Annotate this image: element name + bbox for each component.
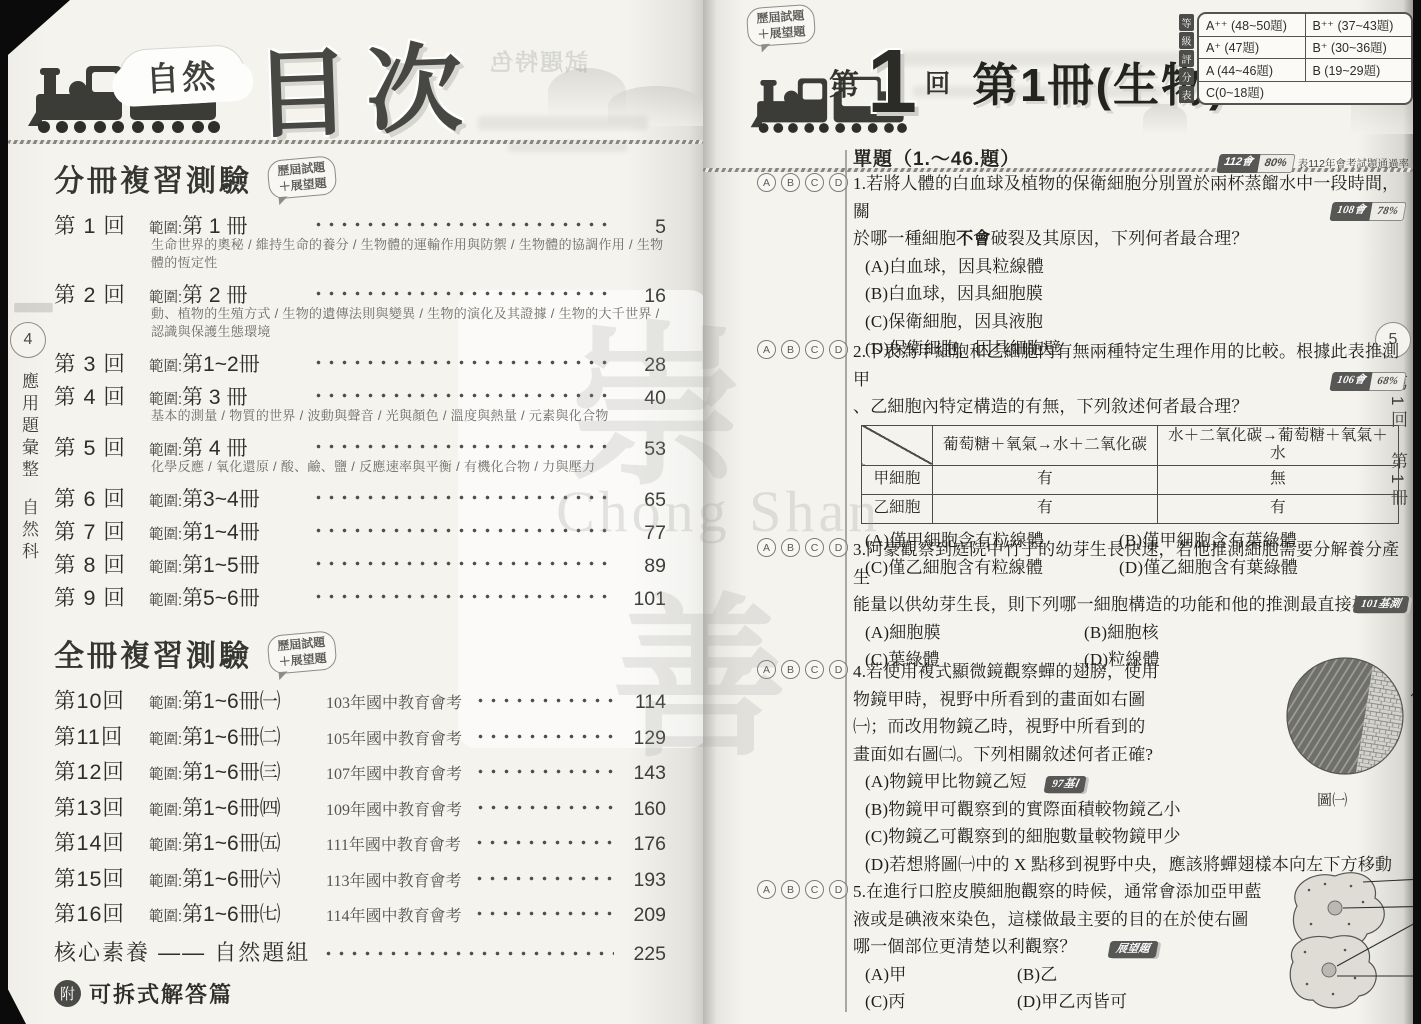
section-volume-review: 分冊複習測驗 歷屆試題 ＋展望題 xyxy=(54,156,666,200)
grade-score-table: 等 級 評 分 表 A⁺⁺ (48~50題)B⁺⁺ (37~43題) A⁺ (4… xyxy=(1179,12,1413,105)
question-1: 1.若將人體的白血球及植物的保衛細胞分別置於兩杯蒸餾水中一段時間，關 於哪一種細… xyxy=(853,170,1409,363)
figure1-caption: 圖㈠ xyxy=(1317,788,1347,816)
toc-round: 第13回 xyxy=(54,791,149,822)
toc-exam-year: 109年國中教育會考 xyxy=(326,797,462,820)
source-badge-q2: 106會68% xyxy=(1329,372,1406,391)
toc-round: 第 6 回 xyxy=(54,482,149,513)
dot-leader xyxy=(470,693,614,709)
toc-page-number: 160 xyxy=(622,798,666,821)
toc-scope-label: 範圍: xyxy=(149,905,182,926)
toc-exam-year: 103年國中教育會考 xyxy=(326,690,462,713)
header-badge: 歷屆試題 ＋展望題 xyxy=(746,4,817,48)
option-a: (A)細胞膜 xyxy=(865,619,1080,647)
toc-round: 第 8 回 xyxy=(54,548,149,579)
dot-leader xyxy=(469,870,614,886)
subject-cloud: 自然 xyxy=(119,45,246,105)
toc-round: 第14回 xyxy=(54,826,149,857)
bleedthrough-text: 試題特色 xyxy=(488,44,588,77)
section-full-review: 全冊複習測驗 歷屆試題 ＋展望題 xyxy=(54,631,666,675)
toc-row: 第 8 回 範圍: 第1~5冊 89 xyxy=(54,547,666,580)
dot-leader xyxy=(470,799,614,815)
scan-edge-right xyxy=(1413,0,1421,1024)
toc-page-number: 225 xyxy=(622,943,666,966)
toc-page-number: 209 xyxy=(622,904,666,927)
toc-scope-label: 範圍: xyxy=(149,692,182,713)
microscope-views-image xyxy=(1205,644,1421,790)
toc-row: 第12回 範圍: 第1~6冊㈢ 107年國中教育會考 143 xyxy=(54,754,666,790)
toc-scope: 第1~6冊㈡ xyxy=(182,721,322,751)
grade-table-side-label: 等 級 評 分 表 xyxy=(1179,12,1194,105)
microscope-figure: X 圖㈠ 圖㈡ xyxy=(1205,644,1421,812)
section-title: 全冊複習測驗 xyxy=(54,631,252,675)
toc-round: 第10回 xyxy=(54,684,149,715)
section-title: 分冊複習測驗 xyxy=(54,156,252,200)
toc-scope-label: 範圍: xyxy=(149,217,182,238)
test-header: 第 1 回 第1冊(生物) xyxy=(829,44,1226,121)
toc-page-number: 176 xyxy=(622,833,666,856)
toc-scope-label: 範圍: xyxy=(149,556,182,577)
toc-scope: 第1~5冊 xyxy=(182,549,300,579)
source-badge-q5: 展望題 xyxy=(1108,941,1159,958)
toc-scope: 第3~4冊 xyxy=(182,483,300,513)
toc-scope-label: 範圍: xyxy=(149,763,182,784)
answer-bubbles-q1[interactable]: ABCD xyxy=(757,173,848,192)
toc-page-number: 193 xyxy=(622,869,666,892)
toc-scope-label: 範圍: xyxy=(149,589,182,610)
watermark-latin: Chong Shan xyxy=(556,478,881,545)
toc-description: 生命世界的奧秘 / 維持生命的養分 / 生物體的運輸作用與防禦 / 生物體的協調… xyxy=(151,236,666,272)
page-number-left: 4 xyxy=(10,322,46,358)
toc-round: 第 4 回 xyxy=(54,380,149,411)
toc-row: 第11回 範圍: 第1~6冊㈡ 105年國中教育會考 129 xyxy=(54,719,666,755)
option-b: (B)細胞核 xyxy=(1084,619,1409,647)
toc-row: 第16回 範圍: 第1~6冊㈦ 114年國中教育會考 209 xyxy=(54,896,666,932)
dot-leader xyxy=(469,906,614,922)
toc-scope: 第1~2冊 xyxy=(182,348,300,378)
question-4: 4.若使用複式顯微鏡觀察蟬的翅膀，使用 物鏡甲時，視野中所看到的畫面如右圖 ㈠；… xyxy=(853,658,1409,878)
toc-scope-label: 範圍: xyxy=(149,799,182,820)
toc-scope: 第5~6冊 xyxy=(182,582,300,612)
toc-scope: 第1~6冊㈠ xyxy=(182,685,322,715)
toc-scope-label: 範圍: xyxy=(149,523,182,544)
toc-scope: 第1~6冊㈥ xyxy=(182,863,322,893)
scan-edge-left xyxy=(0,0,8,1024)
question-2-table: 葡萄糖＋氧氣→水＋二氧化碳水＋二氧化碳→葡萄糖＋氧氣＋水 甲細胞有無 乙細胞有有 xyxy=(861,425,1399,524)
answer-bubbles-q2[interactable]: ABCD xyxy=(757,340,848,359)
toc-scope: 第1~4冊 xyxy=(182,516,300,546)
toc-scope: 第1~6冊㈣ xyxy=(182,792,322,822)
toc-scope-label: 範圍: xyxy=(149,355,182,376)
book-spread: 試題特色 自然 目次 4 應用題彙整 自然 xyxy=(0,0,1421,1024)
rope-divider xyxy=(8,140,703,144)
watermark-character-bottom: 善 xyxy=(612,540,787,791)
cheek-cell-figure: 甲 乙 丙 xyxy=(1275,866,1421,1016)
dot-leader xyxy=(469,835,614,851)
toc-round: 第16回 xyxy=(54,897,149,928)
margin-text-subject: 自然科 xyxy=(16,498,41,564)
source-badge-q4: 97基Ⅰ xyxy=(1044,776,1087,793)
toc-round: 第 2 回 xyxy=(54,278,149,309)
toc-scope: 第1~6冊㈢ xyxy=(182,756,322,786)
toc-row: 第14回 範圍: 第1~6冊㈤ 111年國中教育會考 176 xyxy=(54,825,666,861)
toc-exam-year: 105年國中教育會考 xyxy=(326,726,462,749)
appendix-row: 附 可拆式解答篇 xyxy=(54,978,666,1009)
margin-text-series: 應用題彙整 xyxy=(16,372,41,482)
toc-row: 第 1 回 範圍: 第 1 冊 5 生命世界的奧秘 / 維持生命的養分 / 生物… xyxy=(54,208,666,277)
single-questions-header: 單題（1.～46.題） 112會80% 表112年會考試題通過率 xyxy=(853,144,1409,173)
toc-scope: 第1~6冊㈦ xyxy=(182,898,322,928)
option-c: (C)丙 xyxy=(865,988,1013,1016)
toc-round: 第 5 回 xyxy=(54,431,149,462)
toc-scope-label: 範圍: xyxy=(149,286,182,307)
dot-leader xyxy=(470,728,614,744)
section-badge: 歷屆試題 ＋展望題 xyxy=(266,156,337,201)
source-badge-q3: 101基測 xyxy=(1352,596,1409,613)
toc-row: 第13回 範圍: 第1~6冊㈣ 109年國中教育會考 160 xyxy=(54,790,666,826)
toc-round: 第11回 xyxy=(54,720,149,751)
dot-leader xyxy=(470,764,614,780)
dot-leader xyxy=(308,556,614,572)
option-c: (C)物鏡乙可觀察到的細胞數量較物鏡甲少 xyxy=(853,823,1409,851)
source-badge-q1: 108會78% xyxy=(1329,202,1406,221)
toc-row: 第10回 範圍: 第1~6冊㈠ 103年國中教育會考 114 xyxy=(54,683,666,719)
toc-scope: 第1~6冊㈤ xyxy=(182,827,322,857)
answer-bubbles-q5[interactable]: ABCD xyxy=(757,880,848,899)
appendix-circle: 附 xyxy=(54,980,81,1007)
toc-exam-year: 111年國中教育會考 xyxy=(326,832,461,855)
bleedthrough-bar xyxy=(478,116,648,130)
toc-round: 第15回 xyxy=(54,862,149,893)
option-a: (A)物鏡甲比物鏡乙短 xyxy=(865,772,1027,791)
option-c: (C)保衛細胞，因具液胞 xyxy=(853,308,1409,336)
pass-rate-note: 表112年會考試題通過率 xyxy=(1298,156,1409,171)
option-a: (A)白血球，因具粒線體 xyxy=(853,253,1409,281)
toc-row: 第 9 回 範圍: 第5~6冊 101 xyxy=(54,580,666,613)
section-badge: 歷屆試題 ＋展望題 xyxy=(266,631,337,676)
toc-scope-label: 範圍: xyxy=(149,490,182,511)
toc-list-2: 第10回 範圍: 第1~6冊㈠ 103年國中教育會考 114 第11回 範圍: … xyxy=(54,683,666,932)
toc-row: 第15回 範圍: 第1~6冊㈥ 113年國中教育會考 193 xyxy=(54,861,666,897)
toc-exam-year: 114年國中教育會考 xyxy=(326,903,461,926)
scan-corner-bottom-left xyxy=(0,974,26,1024)
toc-scope-label: 範圍: xyxy=(149,388,182,409)
toc-scope-label: 範圍: xyxy=(149,728,182,749)
toc-round: 第 9 回 xyxy=(54,581,149,612)
option-a: (A)甲 xyxy=(865,961,1013,989)
toc-exam-year: 107年國中教育會考 xyxy=(326,761,462,784)
dot-leader xyxy=(318,946,614,962)
dot-leader xyxy=(308,589,614,605)
question-5: 5.在進行口腔皮膜細胞觀察的時候，通常會添加亞甲藍 液或是碘液來染色，這樣做最主… xyxy=(853,878,1409,1016)
dot-leader xyxy=(308,217,614,233)
round-number: 1 xyxy=(867,44,917,121)
toc-exam-year: 113年國中教育會考 xyxy=(326,868,461,891)
toc-scope-label: 範圍: xyxy=(149,870,182,891)
ghost-train-icon xyxy=(12,296,58,318)
page-title: 目次 xyxy=(252,12,481,157)
scan-corner-top-left xyxy=(0,0,70,62)
toc-core-literacy-row: 核心素養 —— 自然題組 225 xyxy=(54,936,666,972)
option-b: (B)白血球，因具細胞膜 xyxy=(853,280,1409,308)
toc-round: 第 7 回 xyxy=(54,515,149,546)
toc-scope-label: 範圍: xyxy=(149,834,182,855)
toc-round: 第 1 回 xyxy=(54,209,149,240)
toc-round: 第12回 xyxy=(54,755,149,786)
subject-label: 自然 xyxy=(145,50,219,101)
toc-round: 第 3 回 xyxy=(54,347,149,378)
toc-scope-label: 範圍: xyxy=(149,439,182,460)
cheek-cells-image xyxy=(1275,866,1421,1016)
